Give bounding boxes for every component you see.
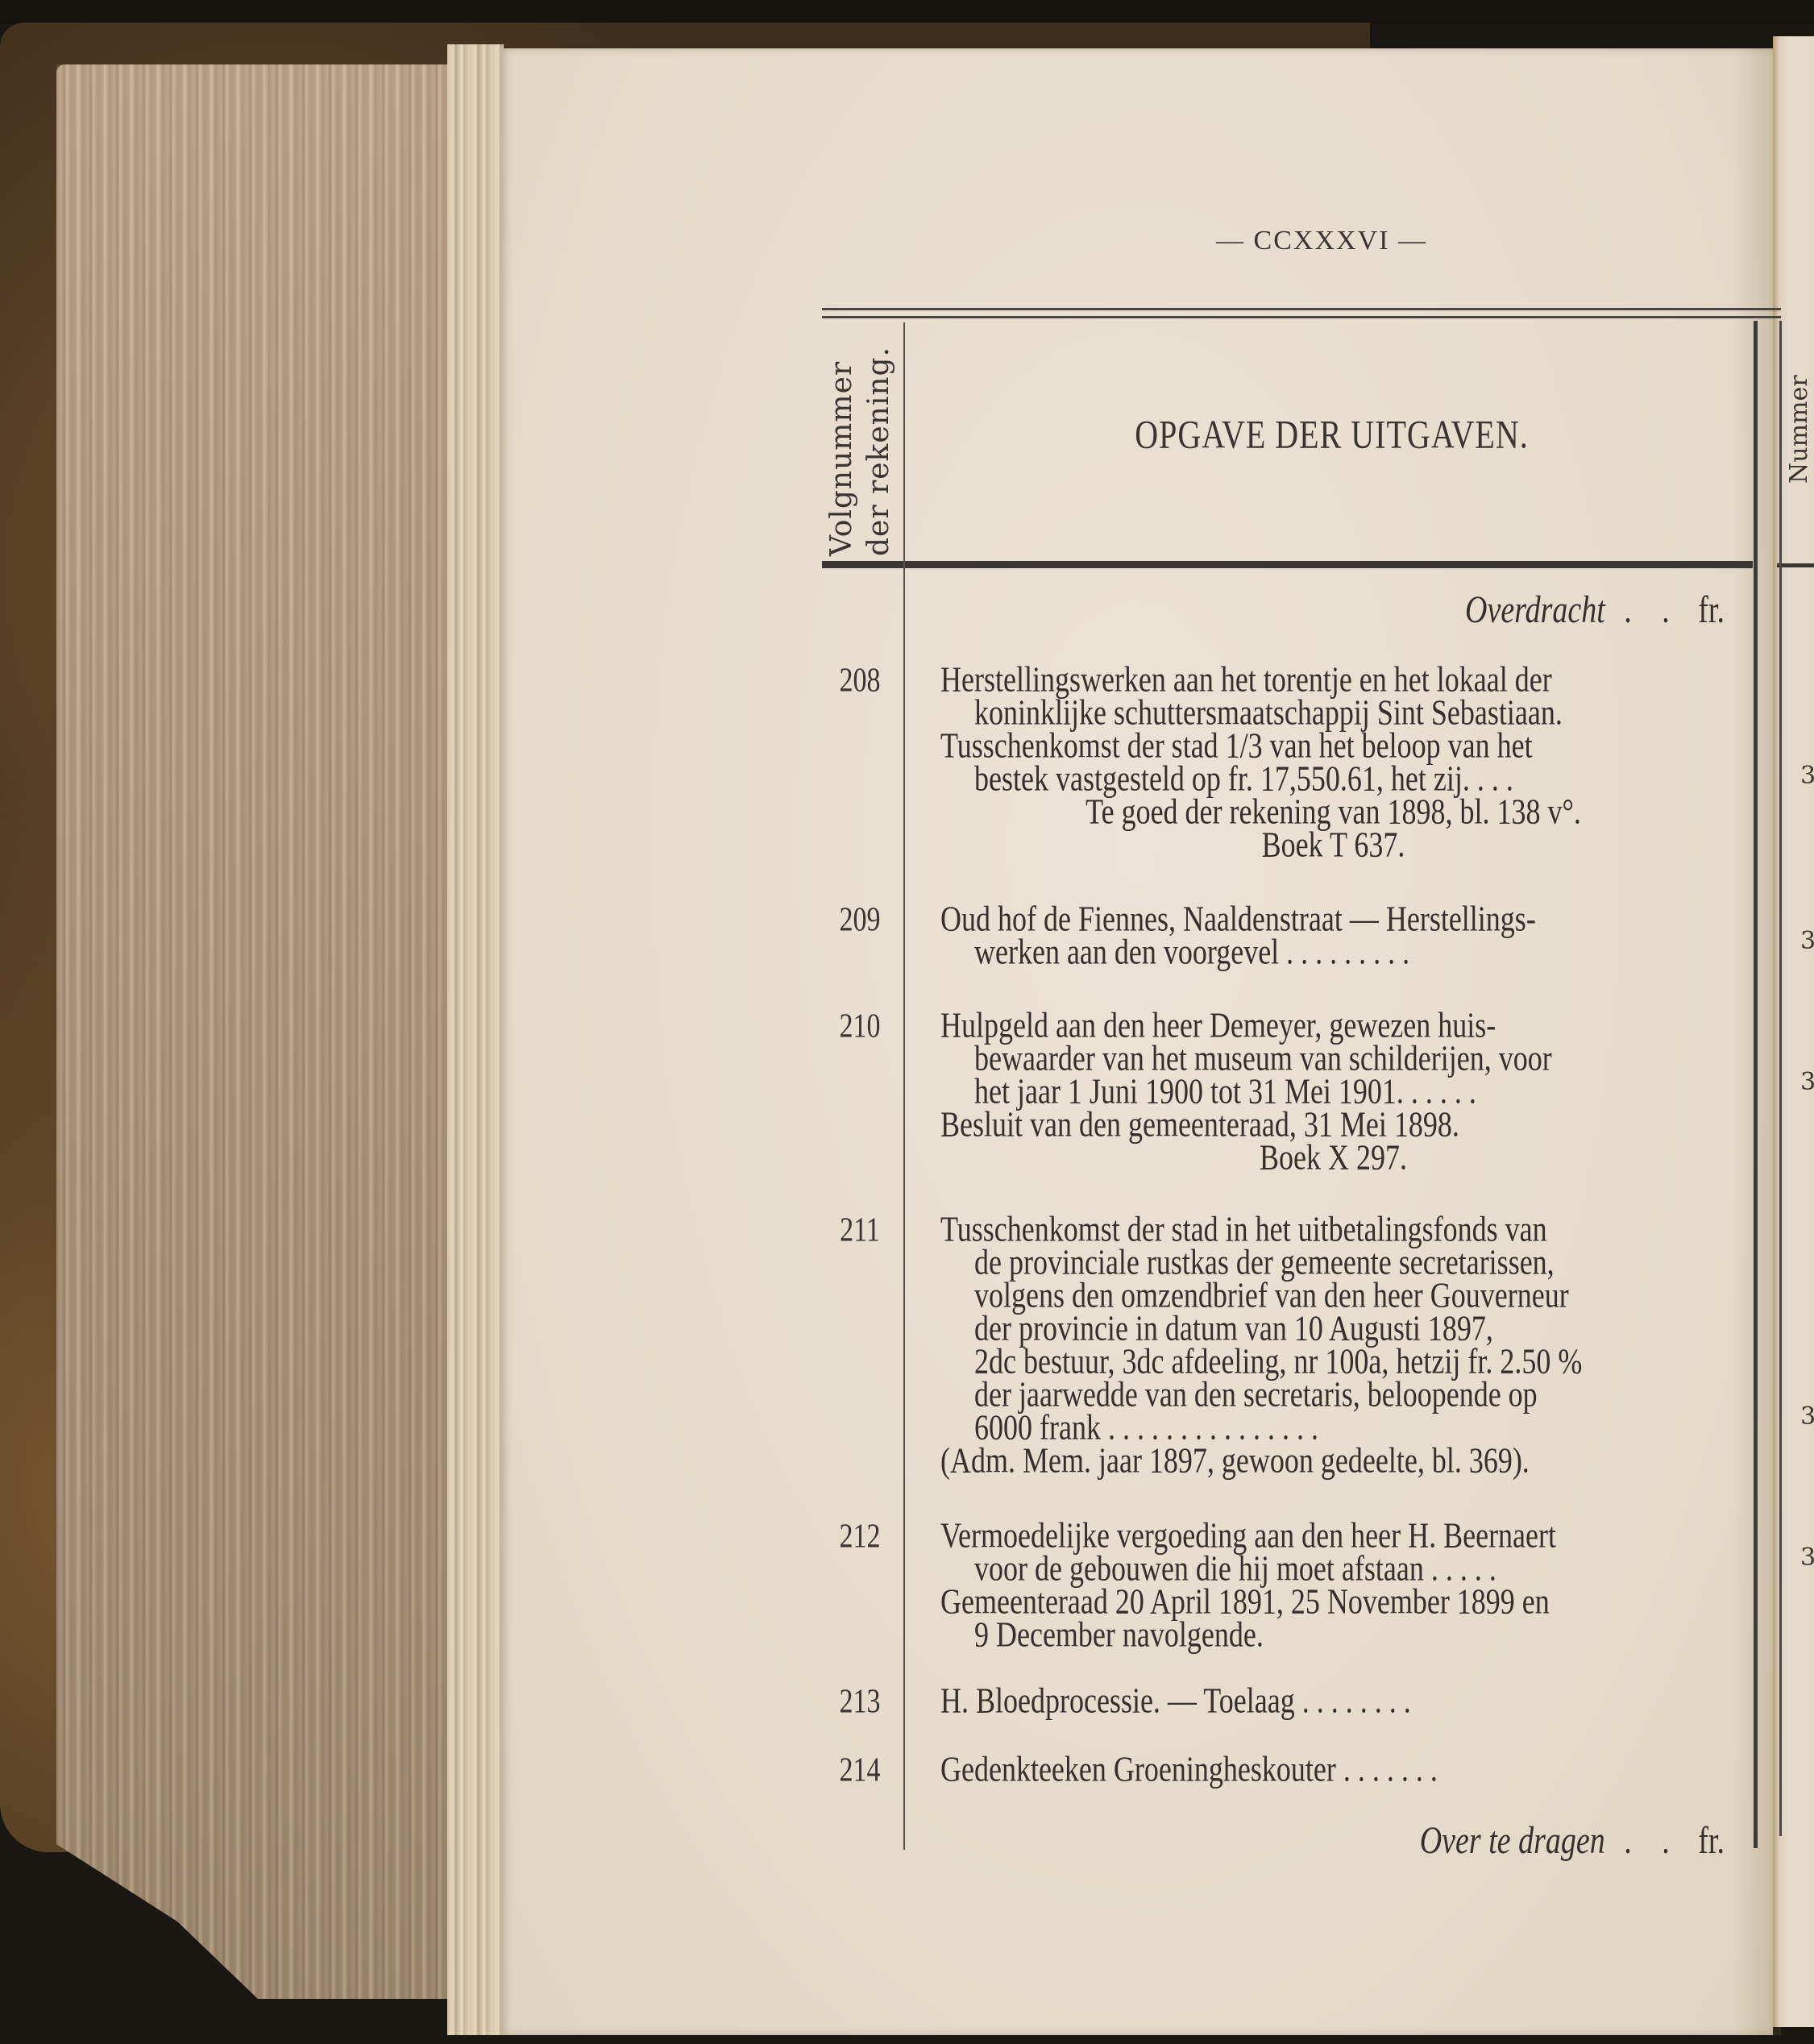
- entry-number: 208: [824, 662, 896, 700]
- column-header-line1: Volgnummer: [824, 330, 861, 556]
- entry-text: Vermoedelijke vergoeding aan den heer H.…: [940, 1519, 1726, 1651]
- entry-line: werken aan den voorgevel . . . . . . . .…: [940, 932, 1726, 972]
- entry-line: Gedenkteeken Groeningheskouter . . . . .…: [940, 1749, 1726, 1789]
- top-rule: [822, 308, 1781, 310]
- carry-in-dots: . .: [1613, 589, 1681, 632]
- facing-digit: 3: [1800, 1068, 1814, 1096]
- carry-out-label: Over te dragen: [1420, 1820, 1605, 1863]
- entry-number: 211: [824, 1211, 896, 1250]
- table-right-border: [1754, 321, 1758, 1848]
- entry-number: 212: [824, 1518, 896, 1556]
- entry-number: 210: [824, 1007, 896, 1046]
- entry-text: Herstellingswerken aan het torentje en h…: [940, 663, 1726, 862]
- entry-text: Tusschenkomst der stad in het uitbetalin…: [940, 1213, 1726, 1477]
- page-leaves: [447, 44, 504, 2035]
- carry-in-label: Overdracht: [1465, 589, 1605, 632]
- table-title: OPGAVE DER UITGAVEN.: [911, 410, 1753, 458]
- carry-out-dots: . .: [1613, 1820, 1681, 1863]
- entry-number: 213: [824, 1683, 896, 1722]
- top-background: [0, 0, 1814, 24]
- entry-text: H. Bloedprocessie. — Toelaag . . . . . .…: [940, 1685, 1726, 1718]
- column-header-line2: der rekening.: [861, 330, 898, 556]
- facing-digit: 3: [1800, 762, 1814, 790]
- page-number-heading: — CCXXXVI —: [1064, 226, 1579, 256]
- entry-text: Hulpgeld aan den heer Demeyer, gewezen h…: [940, 1009, 1726, 1174]
- carry-out-unit: fr.: [1688, 1820, 1725, 1863]
- facing-digit: 3: [1800, 1543, 1814, 1572]
- entry-line: Boek X 297.: [940, 1137, 1726, 1178]
- entry-text: Oud hof de Fiennes, Naaldenstraat — Hers…: [940, 903, 1726, 969]
- entry-number: 214: [824, 1751, 896, 1790]
- header-bottom-rule: [822, 561, 1753, 568]
- top-rule-second: [822, 316, 1781, 318]
- entry-line: (Adm. Mem. jaar 1897, gewoon gedeelte, b…: [940, 1440, 1726, 1481]
- entry-line: Boek T 637.: [940, 825, 1726, 865]
- facing-header-fragment: Nummer: [1785, 322, 1814, 484]
- facing-digit: 3: [1800, 927, 1814, 955]
- entry-number: 209: [824, 901, 896, 940]
- facing-page-border: [1779, 321, 1782, 1836]
- entry-text: Gedenkteeken Groeningheskouter . . . . .…: [940, 1753, 1726, 1786]
- page-fore-edge: [56, 64, 459, 1999]
- carry-in-row: Overdracht . . fr.: [1289, 588, 1725, 633]
- facing-header-rule: [1777, 563, 1814, 567]
- column-header-number: Volgnummer der rekening.: [824, 330, 904, 556]
- entry-line: 9 December navolgende.: [940, 1614, 1726, 1655]
- facing-digit: 3: [1800, 1402, 1814, 1431]
- carry-out-row: Over te dragen . . fr.: [1289, 1819, 1725, 1863]
- entry-line: H. Bloedprocessie. — Toelaag . . . . . .…: [940, 1680, 1726, 1721]
- carry-in-unit: fr.: [1688, 589, 1725, 632]
